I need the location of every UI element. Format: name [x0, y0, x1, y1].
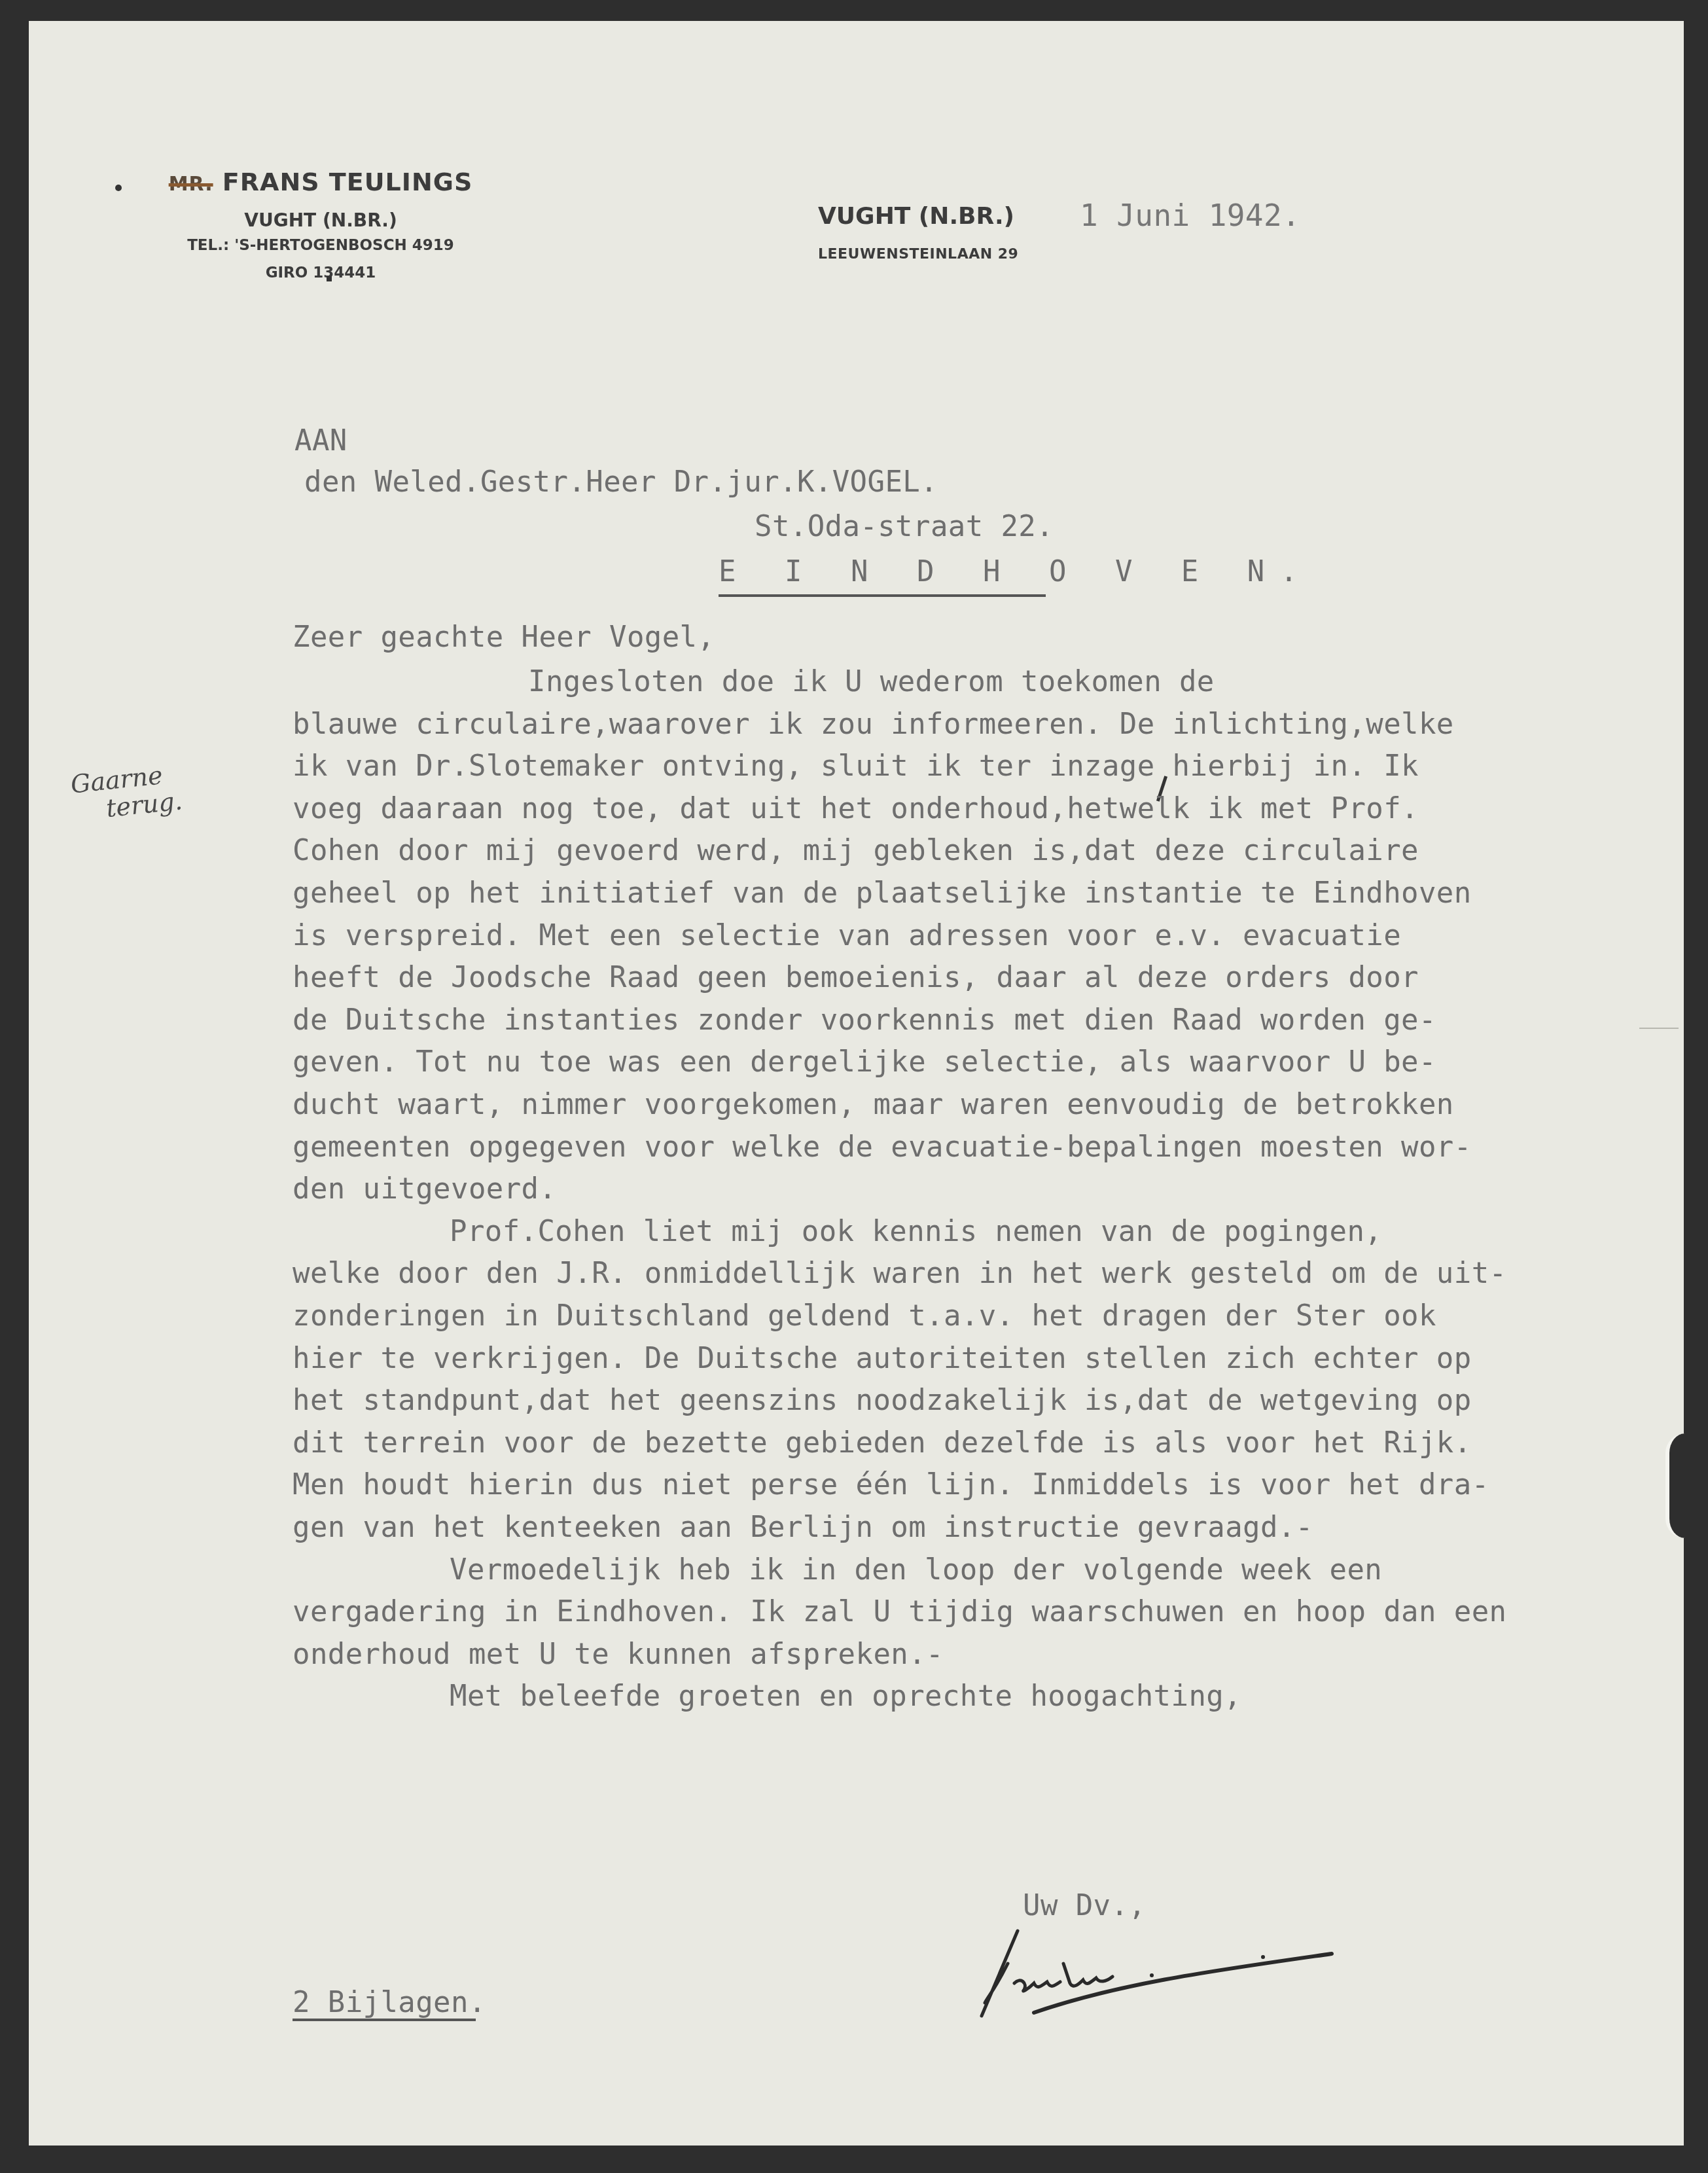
body-line: is verspreid. Met een selectie van adres…	[293, 922, 1401, 950]
recipient-city-text: E I N D H O V E N	[719, 555, 1280, 588]
body-line: de Duitsche instanties zonder voorkennis…	[293, 1006, 1436, 1035]
letterhead-giro: GIRO 134441	[124, 264, 517, 281]
recipient-street: St.Oda-straat 22.	[755, 512, 1054, 541]
body-line: gemeenten opgegeven voor welke de evacua…	[293, 1133, 1472, 1162]
body-line: ducht waart, nimmer voorgekomen, maar wa…	[293, 1090, 1454, 1119]
body-line: Vermoedelijk heb ik in den loop der volg…	[450, 1556, 1382, 1585]
body-line: vergadering in Eindhoven. Ik zal U tijdi…	[293, 1598, 1506, 1626]
letterhead-name: MR. FRANS TEULINGS	[124, 168, 517, 196]
body-line: het standpunt,dat het geenszins noodzake…	[293, 1386, 1472, 1415]
body-line: hier te verkrijgen. De Duitsche autorite…	[293, 1344, 1472, 1373]
sender-name: FRANS TEULINGS	[222, 168, 472, 196]
body-line: gen van het kenteeken aan Berlijn om ins…	[293, 1513, 1313, 1542]
body-line: onderhoud met U te kunnen afspreken.-	[293, 1640, 944, 1669]
body-line: blauwe circulaire,waarover ik zou inform…	[293, 710, 1454, 739]
enclosures-underline	[293, 2019, 476, 2021]
struck-title: MR.	[169, 173, 213, 196]
body-line: welke door den J.R. onmiddellijk waren i…	[293, 1259, 1506, 1288]
body-line: geheel op het initiatief van de plaatsel…	[293, 879, 1472, 908]
salutation: Zeer geachte Heer Vogel,	[293, 623, 715, 652]
recipient-city-underline	[719, 594, 1046, 597]
body-line: ik van Dr.Slotemaker ontving, sluit ik t…	[293, 752, 1419, 781]
paper-tear	[1665, 1433, 1696, 1538]
letterhead-square-mark	[327, 276, 332, 281]
sender-street: LEEUWENSTEINLAAN 29	[818, 246, 1018, 262]
recipient-label: AAN	[294, 427, 347, 456]
body-line: Met beleefde groeten en oprechte hoogach…	[450, 1682, 1241, 1711]
place-of-writing: VUGHT (N.BR.)	[818, 203, 1014, 230]
recipient-city-period: .	[1280, 555, 1313, 588]
body-line: geven. Tot nu toe was een dergelijke sel…	[293, 1048, 1436, 1077]
body-line: dit terrein voor de bezette gebieden dez…	[293, 1429, 1472, 1458]
enclosures: 2 Bijlagen.	[293, 1988, 486, 2017]
enclosures-period: .	[469, 1986, 486, 2019]
body-line: Prof.Cohen liet mij ook kennis nemen van…	[450, 1217, 1382, 1246]
letter-paper	[29, 21, 1684, 2146]
letterhead-telephone: TEL.: 'S-HERTOGENBOSCH 4919	[98, 237, 543, 254]
letter-date: 1 Juni 1942.	[1080, 200, 1300, 230]
fold-mark	[1639, 1028, 1679, 1029]
recipient-name: den Weled.Gestr.Heer Dr.jur.K.VOGEL.	[304, 468, 938, 497]
margin-note: Gaarne terug.	[69, 761, 184, 827]
body-line: voeg daaraan nog toe, dat uit het onderh…	[293, 795, 1419, 823]
enclosures-text: 2 Bijlagen	[293, 1986, 469, 2019]
body-line: Men houdt hierin dus niet perse één lijn…	[293, 1471, 1489, 1500]
body-line: den uitgevoerd.	[293, 1175, 556, 1204]
body-line: heeft de Joodsche Raad geen bemoeienis, …	[293, 963, 1419, 992]
body-line: zonderingen in Duitschland geldend t.a.v…	[293, 1302, 1436, 1331]
closing: Uw Dv.,	[1023, 1892, 1146, 1920]
recipient-city: E I N D H O V E N.	[719, 558, 1313, 586]
body-line: Cohen door mij gevoerd werd, mij gebleke…	[293, 836, 1419, 865]
letterhead-dot	[115, 185, 122, 191]
body-line: Ingesloten doe ik U wederom toekomen de	[528, 668, 1215, 696]
signature-icon	[955, 1918, 1335, 2022]
letterhead-city: VUGHT (N.BR.)	[124, 209, 517, 231]
